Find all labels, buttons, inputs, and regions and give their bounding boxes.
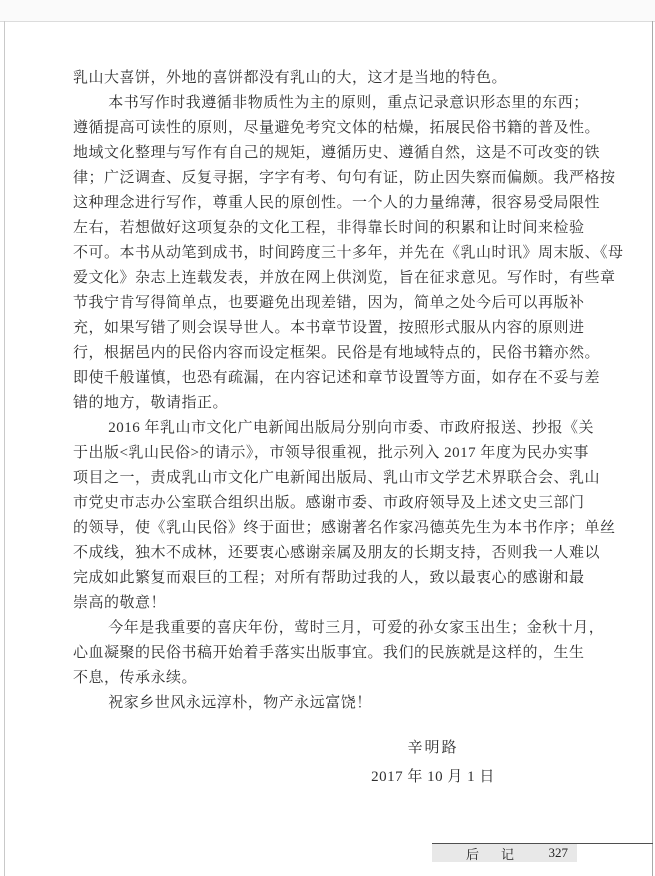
- afterword-text: 乳山大喜饼，外地的喜饼都没有乳山的大，这才是当地的特色。本书写作时我遵循非物质性…: [73, 66, 565, 716]
- body-text-line: 完成如此繁复而艰巨的工程；对所有帮助过我的人，致以最衷心的感谢和最: [73, 566, 565, 591]
- body-text-line: 崇高的敬意！: [73, 591, 565, 616]
- book-page: 乳山大喜饼，外地的喜饼都没有乳山的大，这才是当地的特色。本书写作时我遵循非物质性…: [0, 0, 655, 876]
- body-text-line: 充，如果写错了则会误导世人。本书章节设置，按照形式服从内容的原则进: [73, 316, 565, 341]
- footer-section-title-char-2: 记: [501, 844, 514, 863]
- footer-page-number: 327: [549, 845, 569, 861]
- page-top-margin: [0, 0, 655, 22]
- body-text-line: 今年是我重要的喜庆年份，莺时三月，可爱的孙女家玉出生；金秋十月，: [73, 616, 565, 641]
- body-text-line: 这种理念进行写作，尊重人民的原创性。一个人的力量绵薄，很容易受局限性: [73, 191, 565, 216]
- body-text-line: 遵循提高可读性的原则，尽量避免考究文体的枯燥，拓展民俗书籍的普及性。: [73, 116, 565, 141]
- body-text-line: 心血凝聚的民俗书稿开始着手落实出版事宜。我们的民族就是这样的，生生: [73, 641, 565, 666]
- body-text-line: 行，根据邑内的民俗内容而设定框架。民俗是有地域特点的，民俗书籍亦然。: [73, 341, 565, 366]
- footer-rule: 后 记 327: [432, 843, 653, 862]
- body-text-line: 节我宁肯写得简单点，也要避免出现差错，因为，简单之处今后可以再版补: [73, 291, 565, 316]
- body-text-line: 不可。本书从动笔到成书，时间跨度三十多年，并先在《乳山时讯》周末版、《母: [73, 241, 565, 266]
- body-text-line: 左右，若想做好这项复杂的文化工程，非得靠长时间的积累和让时间来检验: [73, 216, 565, 241]
- signature-name: 辛明路: [283, 736, 583, 761]
- body-text-line: 律；广泛调查、反复寻据，字字有考、句句有证，防止因失察而偏颇。我严格按: [73, 166, 565, 191]
- body-text-line: 爱文化》杂志上连载发表，并放在网上供浏览，旨在征求意见。写作时，有些章: [73, 266, 565, 291]
- body-text-line: 2016 年乳山市文化广电新闻出版局分别向市委、市政府报送、抄报《关: [73, 416, 565, 441]
- body-text-line: 地域文化整理与写作有自己的规矩，遵循历史、遵循自然，这是不可改变的铁: [73, 141, 565, 166]
- body-text-line: 市党史市志办公室联合组织出版。感谢市委、市政府领导及上述文史三部门: [73, 491, 565, 516]
- body-text-line: 于出版<乳山民俗>的请示》，市领导很重视，批示列入 2017 年度为民办实事: [73, 441, 565, 466]
- page-right-edge: [652, 21, 653, 876]
- body-text-line: 错的地方，敬请指正。: [73, 391, 565, 416]
- body-text-line: 本书写作时我遵循非物质性为主的原则，重点记录意识形态里的东西；: [73, 91, 565, 116]
- body-text-line: 即使千般谨慎，也恐有疏漏，在内容记述和章节设置等方面，如存在不妥与差: [73, 366, 565, 391]
- body-text-line: 不息，传承永续。: [73, 666, 565, 691]
- body-text-line: 乳山大喜饼，外地的喜饼都没有乳山的大，这才是当地的特色。: [73, 66, 565, 91]
- signature-date: 2017 年 10 月 1 日: [283, 765, 583, 790]
- page-left-edge: [4, 21, 5, 876]
- footer-band: 后 记 327: [432, 844, 577, 862]
- body-text-line: 项目之一，责成乳山市文化广电新闻出版局、乳山市文学艺术界联合会、乳山: [73, 466, 565, 491]
- body-text-line: 不成线，独木不成林，还要衷心感谢亲属及朋友的长期支持，否则我一人难以: [73, 541, 565, 566]
- body-text-line: 的领导，使《乳山民俗》终于面世；感谢著名作家冯德英先生为本书作序；单丝: [73, 516, 565, 541]
- body-text-line: 祝家乡世风永远淳朴，物产永远富饶！: [73, 691, 565, 716]
- footer-section-title-char-1: 后: [466, 844, 479, 863]
